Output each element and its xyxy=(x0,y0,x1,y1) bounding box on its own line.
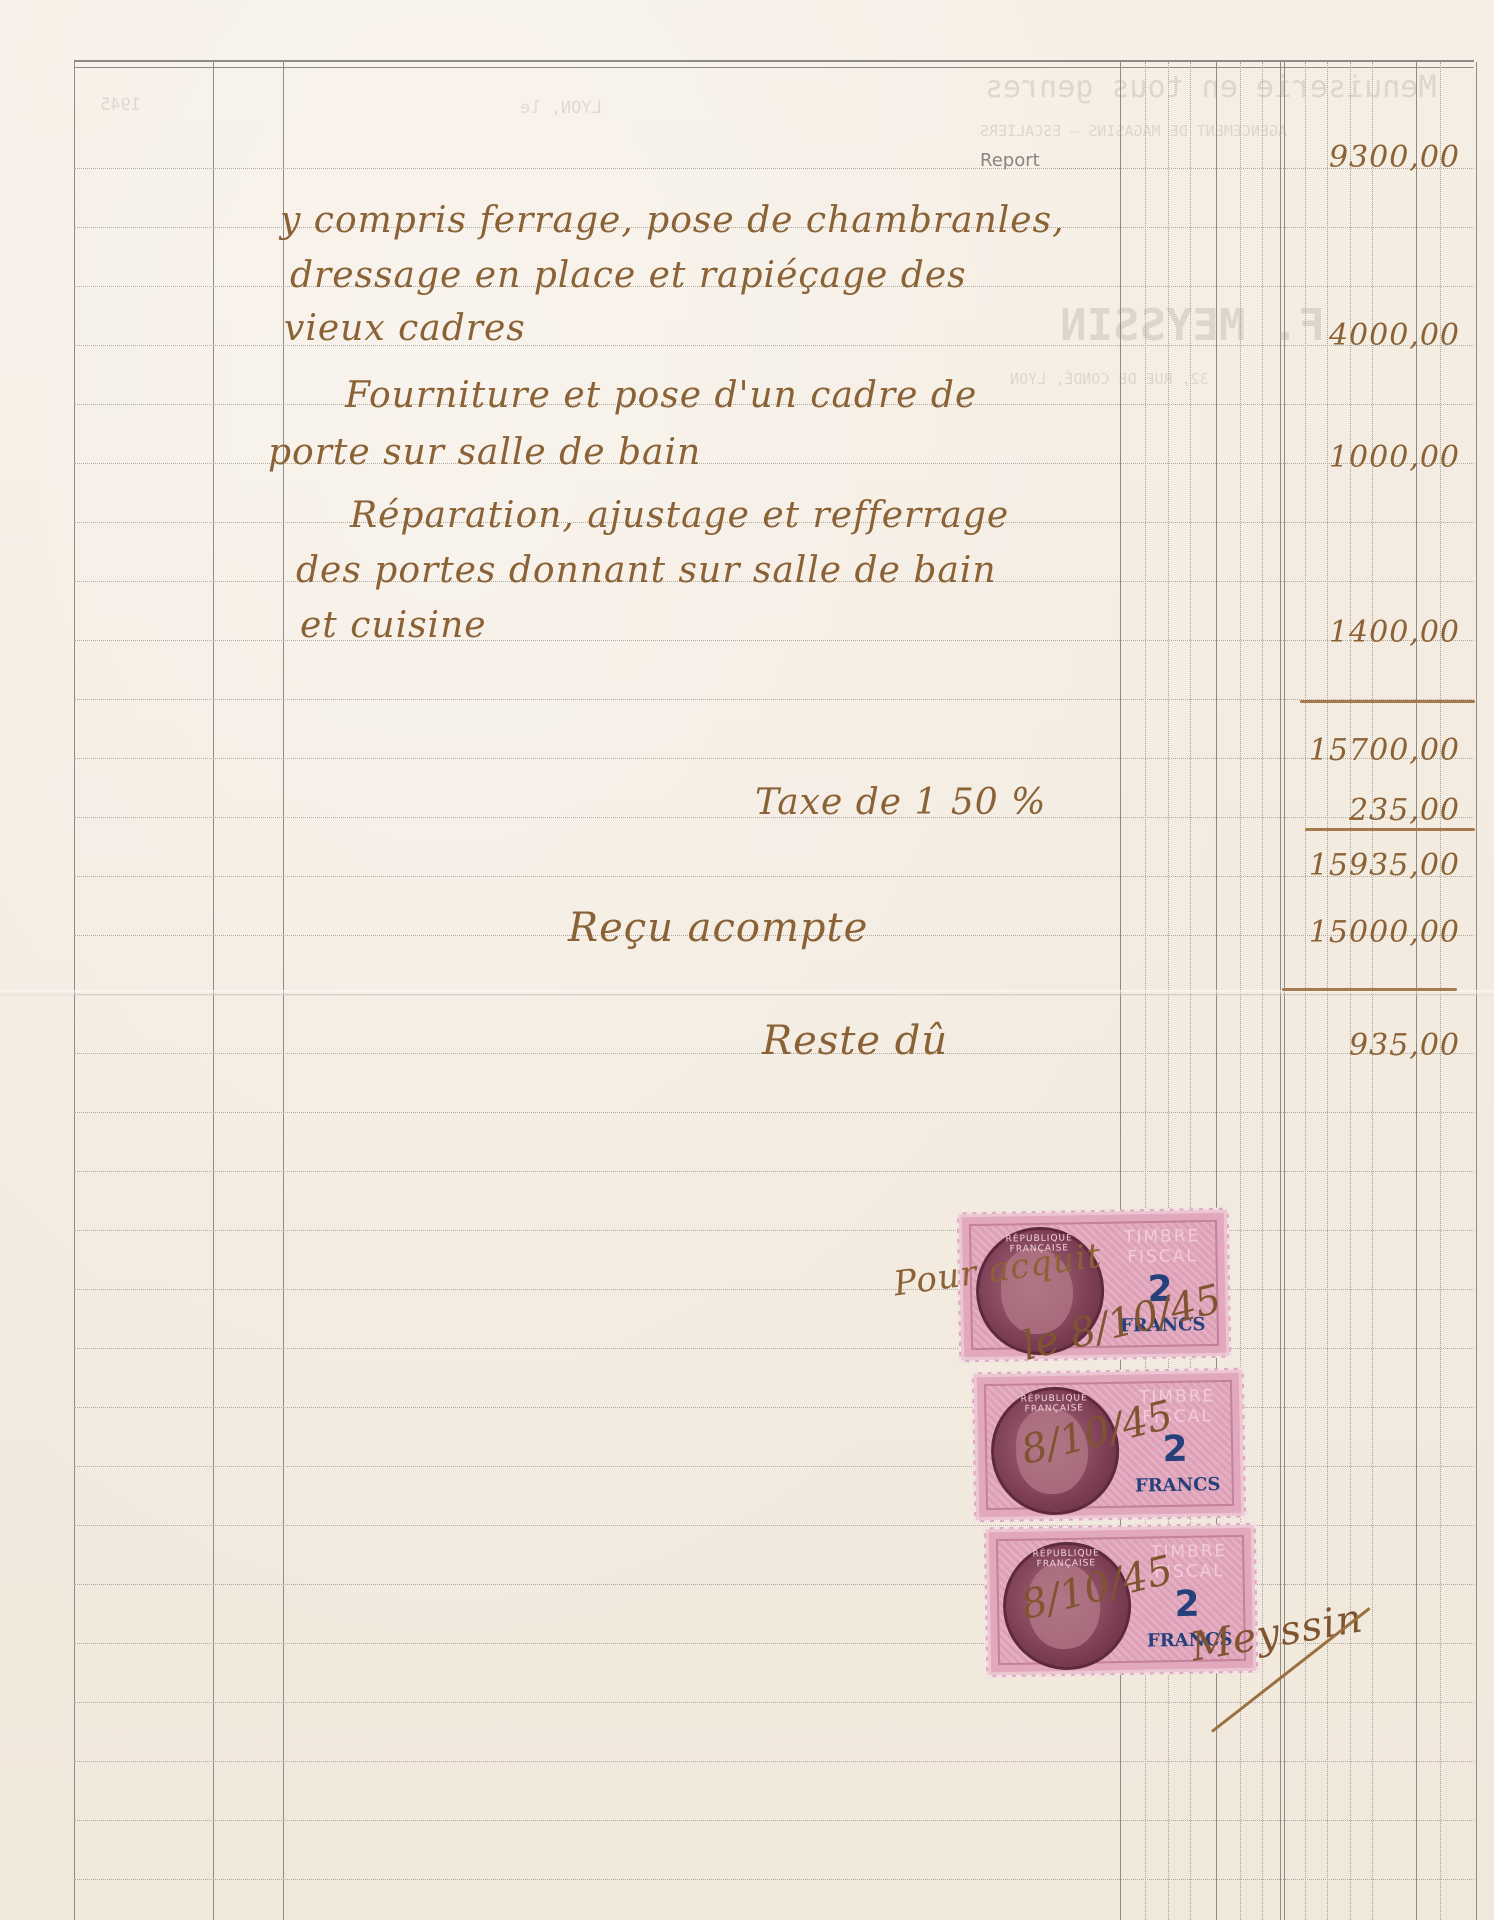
item-3-amount: 1400,00 xyxy=(1270,615,1460,650)
ruled-line xyxy=(74,699,1474,700)
ruled-line xyxy=(74,1466,1474,1467)
item-1-line-3: vieux cadres xyxy=(284,308,526,349)
fold-crease xyxy=(0,990,1494,996)
report-amount: 9300,00 xyxy=(1270,140,1460,175)
paper-sheet: Menuiserie en tous genres AGENCEMENT DE … xyxy=(0,0,1494,1920)
item-3-line-3: et cuisine xyxy=(300,605,487,646)
subtotal-amount: 15700,00 xyxy=(1270,733,1460,768)
item-3-line-2: des portes donnant sur salle de bain xyxy=(296,550,997,591)
ruled-line xyxy=(74,1761,1474,1762)
bleed-through-city: LYON, le xyxy=(520,98,602,118)
item-1-amount: 4000,00 xyxy=(1270,318,1460,353)
item-3-line-1: Réparation, ajustage et refferrage xyxy=(350,495,1009,536)
bleed-through-title: Menuiserie en tous genres xyxy=(985,70,1437,105)
ruled-line xyxy=(74,1348,1474,1349)
subtotal-rule xyxy=(1300,700,1475,703)
ruled-line xyxy=(74,1820,1474,1821)
ruled-line xyxy=(74,1289,1474,1290)
ruled-line xyxy=(74,1525,1474,1526)
ruled-line xyxy=(74,1407,1474,1408)
item-1-line-1: y compris ferrage, pose de chambranles, xyxy=(280,200,1065,241)
ledger-top-border xyxy=(74,60,1474,68)
item-2-line-1: Fourniture et pose d'un cadre de xyxy=(345,375,977,416)
ruled-line xyxy=(74,1171,1474,1172)
bleed-through-year: 1945 xyxy=(100,95,141,115)
ruled-line xyxy=(74,168,1474,169)
balance-label: Reste dû xyxy=(762,1018,948,1064)
ruled-line xyxy=(74,1879,1474,1880)
balance-rule xyxy=(1282,988,1457,991)
ruled-line xyxy=(74,1230,1474,1231)
ruled-line xyxy=(74,1112,1474,1113)
ruled-line xyxy=(74,1584,1474,1585)
total-rule xyxy=(1305,828,1475,831)
deposit-label: Reçu acompte xyxy=(568,905,868,951)
ruled-line xyxy=(74,640,1474,641)
item-2-line-2: porte sur salle de bain xyxy=(268,432,701,473)
balance-amount: 935,00 xyxy=(1270,1028,1460,1063)
ruled-line xyxy=(74,1702,1474,1703)
stamp-title: TIMBRE FISCAL xyxy=(1107,1226,1218,1268)
ruled-line xyxy=(74,758,1474,759)
tax-label: Taxe de 1 50 % xyxy=(755,782,1046,823)
bleed-through-address: 32, RUE DE CONDÉ, LYON xyxy=(1010,370,1209,388)
stamp-unit: FRANCS xyxy=(1116,1474,1240,1497)
report-leader-dots xyxy=(1055,168,1120,169)
item-2-amount: 1000,00 xyxy=(1270,440,1460,475)
item-1-line-2: dressage en place et rapiéçage des xyxy=(290,255,967,296)
report-label: Report xyxy=(980,150,1040,171)
total-amount: 15935,00 xyxy=(1270,848,1460,883)
deposit-amount: 15000,00 xyxy=(1270,915,1460,950)
tax-amount: 235,00 xyxy=(1270,793,1460,828)
ruled-line xyxy=(74,876,1474,877)
